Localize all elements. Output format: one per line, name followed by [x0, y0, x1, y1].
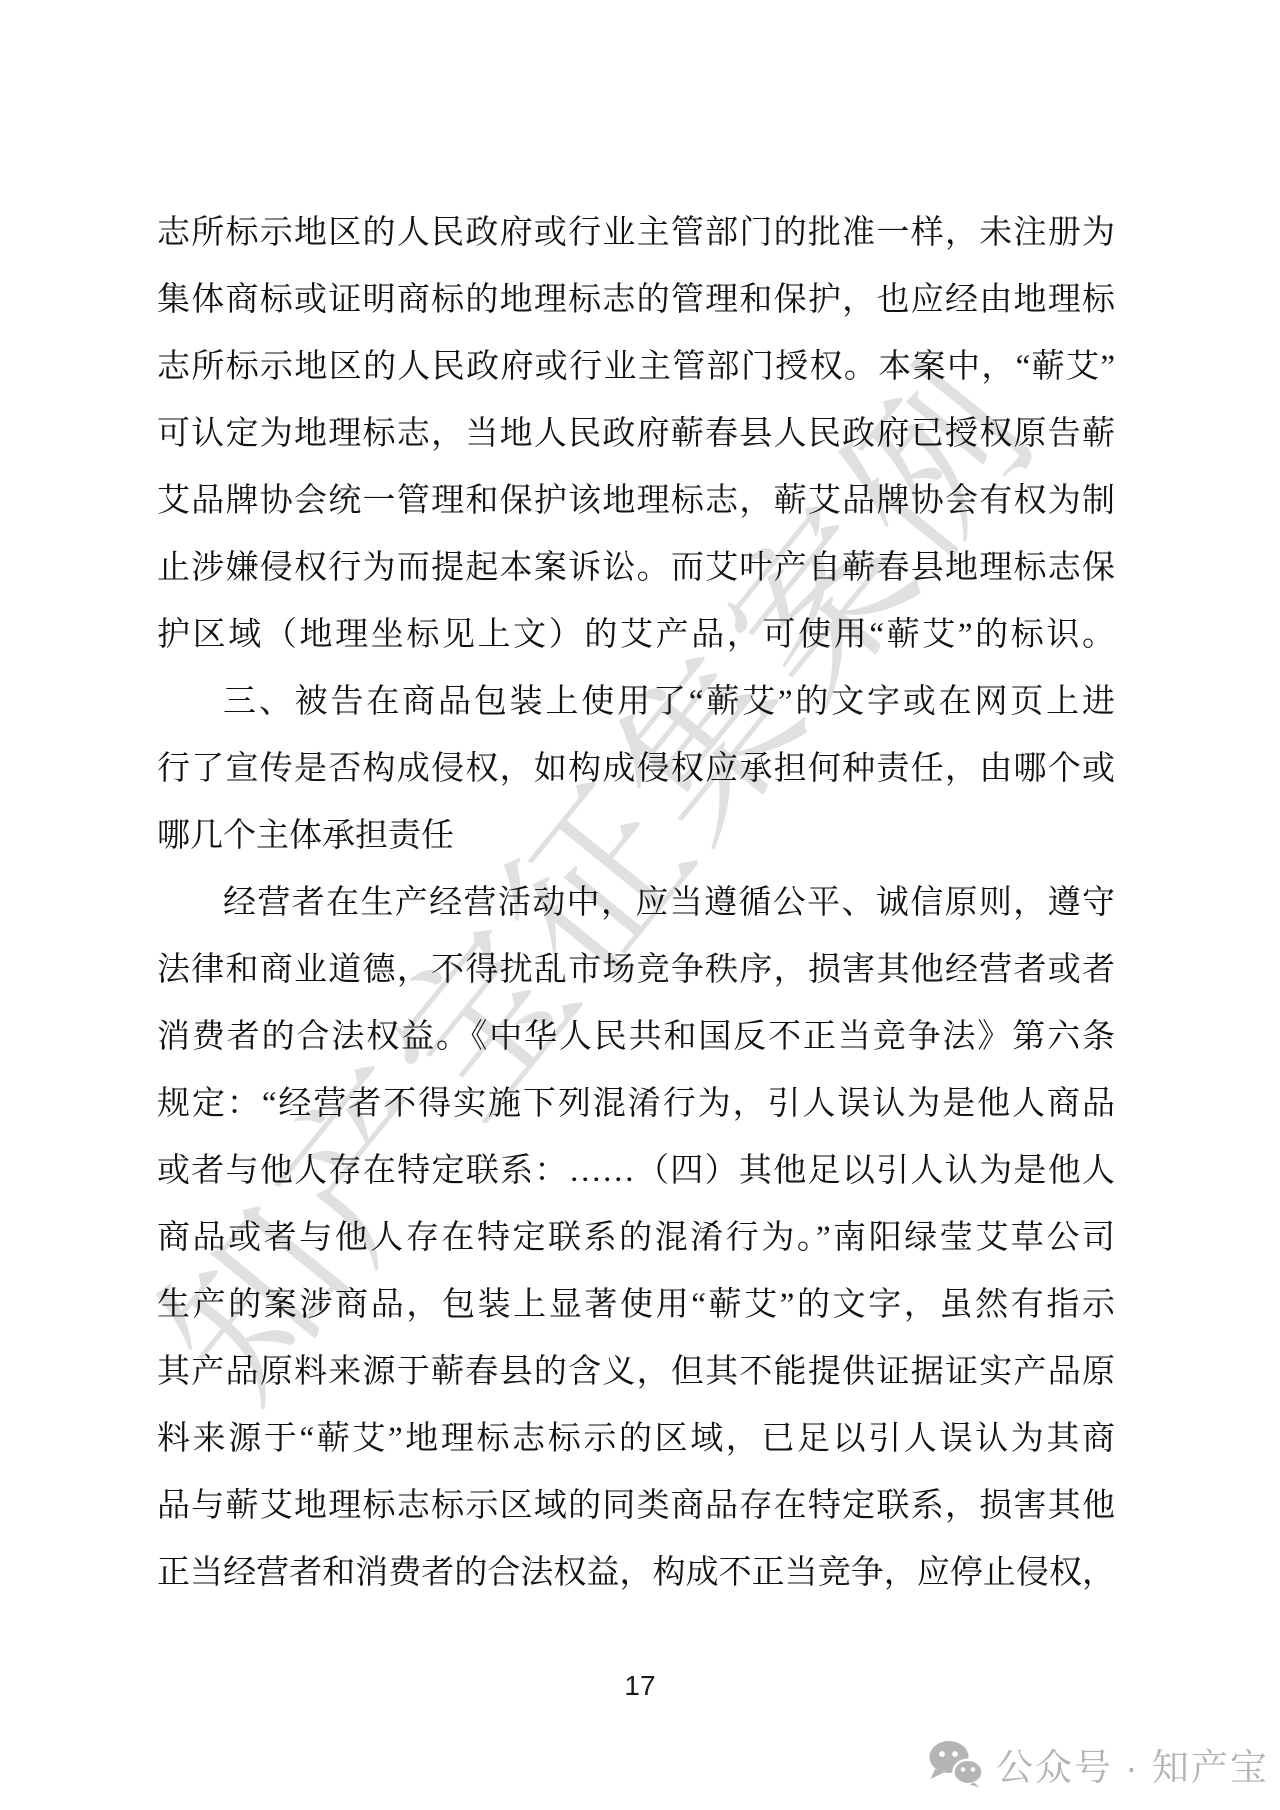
text-line: 正当经营者和消费者的合法权益，构成不正当竞争，应停止侵权，: [157, 1540, 1115, 1607]
text-line: 三、被告在商品包装上使用了“蕲艾”的文字或在网页上进: [157, 669, 1115, 736]
text-line: 护区域（地理坐标见上文）的艾产品，可使用“蕲艾”的标识。: [157, 602, 1115, 669]
text-line: 集体商标或证明商标的地理标志的管理和保护，也应经由地理标: [157, 267, 1115, 334]
page-number: 17: [0, 1670, 1280, 1702]
text-line: 艾品牌协会统一管理和保护该地理标志，蕲艾品牌协会有权为制: [157, 468, 1115, 535]
text-line: 或者与他人存在特定联系：……（四）其他足以引人认为是他人: [157, 1138, 1115, 1205]
document-page: 知产宝征集案例 志所标示地区的人民政府或行业主管部门的批准一样，未注册为 集体商…: [0, 0, 1280, 1810]
text-line: 志所标示地区的人民政府或行业主管部门的批准一样，未注册为: [157, 200, 1115, 267]
wechat-footer: 公众号 · 知产宝: [928, 1740, 1269, 1788]
text-line: 可认定为地理标志，当地人民政府蕲春县人民政府已授权原告蕲: [157, 401, 1115, 468]
text-line: 其产品原料来源于蕲春县的含义，但其不能提供证据证实产品原: [157, 1339, 1115, 1406]
text-line: 哪几个主体承担责任: [157, 803, 1115, 870]
text-line: 志所标示地区的人民政府或行业主管部门授权。本案中，“蕲艾”: [157, 334, 1115, 401]
wechat-icon: [928, 1740, 984, 1788]
text-line: 料来源于“蕲艾”地理标志标示的区域，已足以引人误认为其商: [157, 1406, 1115, 1473]
text-line: 法律和商业道德，不得扰乱市场竞争秩序，损害其他经营者或者: [157, 937, 1115, 1004]
text-line: 消费者的合法权益。《中华人民共和国反不正当竞争法》第六条: [157, 1004, 1115, 1071]
text-line: 行了宣传是否构成侵权，如构成侵权应承担何种责任，由哪个或: [157, 736, 1115, 803]
document-body: 志所标示地区的人民政府或行业主管部门的批准一样，未注册为 集体商标或证明商标的地…: [157, 200, 1115, 1607]
text-line: 止涉嫌侵权行为而提起本案诉讼。而艾叶产自蕲春县地理标志保: [157, 535, 1115, 602]
text-line: 规定：“经营者不得实施下列混淆行为，引人误认为是他人商品: [157, 1071, 1115, 1138]
wechat-account-label: 公众号 · 知产宝: [996, 1737, 1269, 1791]
text-line: 品与蕲艾地理标志标示区域的同类商品存在特定联系，损害其他: [157, 1473, 1115, 1540]
text-line: 商品或者与他人存在特定联系的混淆行为。”南阳绿莹艾草公司: [157, 1205, 1115, 1272]
text-line: 经营者在生产经营活动中，应当遵循公平、诚信原则，遵守: [157, 870, 1115, 937]
text-line: 生产的案涉商品，包装上显著使用“蕲艾”的文字，虽然有指示: [157, 1272, 1115, 1339]
